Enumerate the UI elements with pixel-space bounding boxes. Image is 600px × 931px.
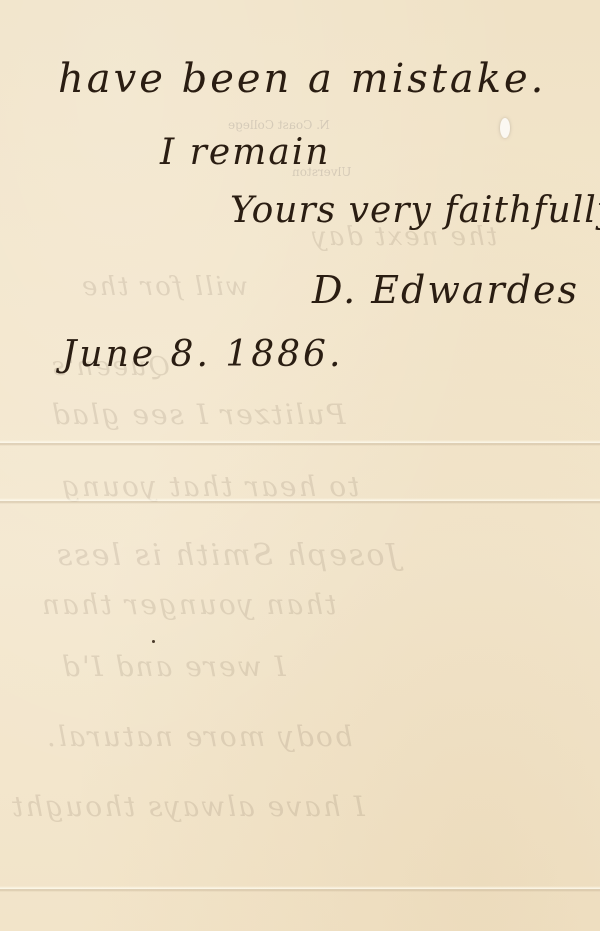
- closing-line: I remain: [160, 132, 330, 173]
- date-line: June 8. 1886.: [62, 334, 343, 375]
- fold-crease: [0, 886, 600, 892]
- ink-speck: [152, 640, 155, 643]
- bleed-through-line: Pulitzer I see glad: [50, 398, 346, 431]
- letterhead-show-through-line-1: N. Coast College: [228, 118, 330, 132]
- letter-page: N. Coast College Ulverston the next day …: [0, 0, 600, 931]
- paper-blemish: [500, 118, 510, 138]
- valediction-line: Yours very faithfully: [230, 190, 600, 231]
- bleed-through-line: I have always thought: [10, 790, 365, 823]
- signature: D. Edwardes: [312, 268, 579, 312]
- bleed-through-line: than younger than: [40, 588, 336, 621]
- bleed-through-line: will for the: [80, 272, 248, 302]
- letter-line-1: have been a mistake.: [58, 56, 546, 102]
- bleed-through-line: body more natural.: [45, 720, 353, 753]
- fold-crease: [0, 440, 600, 446]
- bleed-through-line: Joseph Smith is less: [55, 538, 398, 573]
- fold-crease: [0, 498, 600, 504]
- bleed-through-line: I were and I'd: [60, 650, 286, 683]
